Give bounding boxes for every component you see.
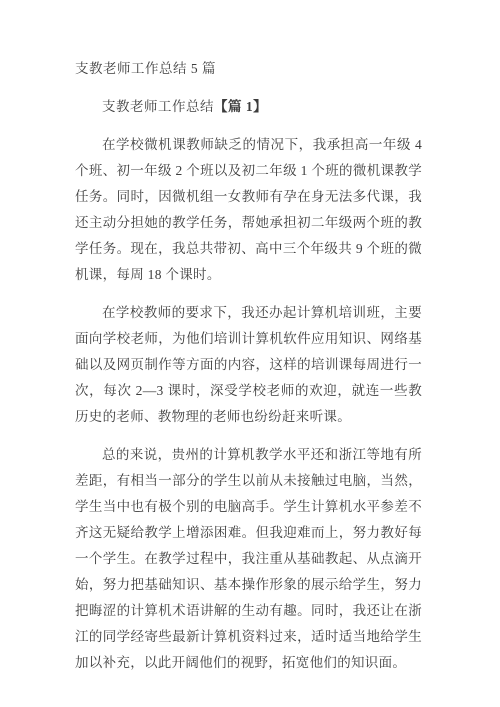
- document-title: 支教老师工作总结 5 篇: [75, 56, 422, 82]
- paragraph-teaching-load: 在学校微机课教师缺乏的情况下，我承担高一年级 4 个班、初一年级 2 个班以及初…: [75, 132, 422, 288]
- document-viewport: { "page": { "background_color": "#ffffff…: [0, 0, 500, 707]
- document-page: 支教老师工作总结 5 篇 支教老师工作总结【篇 1】 在学校微机课教师缺乏的情况…: [0, 0, 500, 707]
- section-heading-text: 支教老师工作总结: [102, 99, 214, 114]
- section-heading: 支教老师工作总结【篇 1】: [75, 94, 422, 120]
- paragraph-training-class: 在学校教师的要求下，我还办起计算机培训班，主要面向学校老师，为他们培训计算机软件…: [75, 300, 422, 430]
- section-number-badge: 【篇 1】: [214, 99, 267, 114]
- paragraph-summary: 总的来说，贵州的计算机教学水平还和浙江等地有所差距，有相当一部分的学生以前从未接…: [75, 442, 422, 676]
